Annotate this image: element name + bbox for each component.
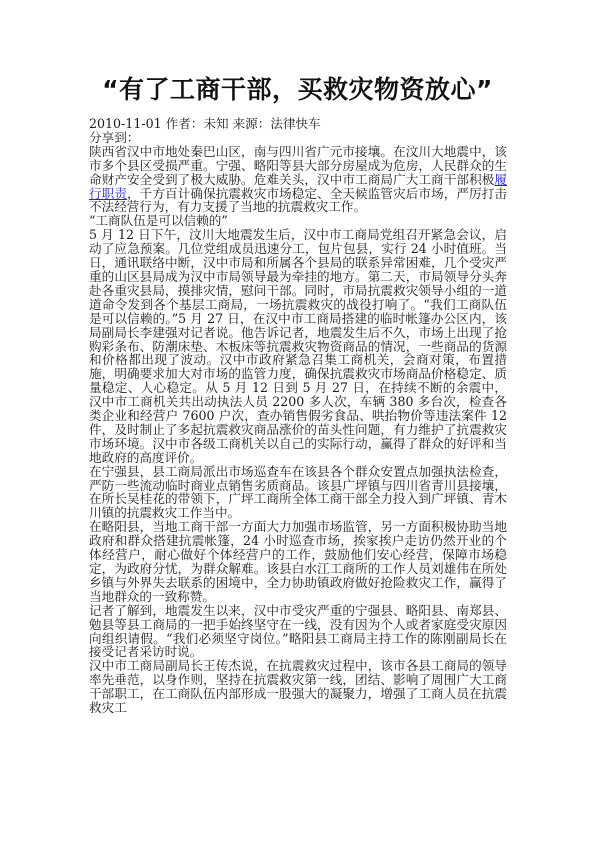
paragraph-2: 5 月 12 日下午，汶川大地震发生后，汉中市工商局党组召开紧急会议，启动了应急… (89, 228, 507, 464)
intro-text-before: 陕西省汉中市地处秦巴山区，南与四川省广元市接壤。在汶川大地震中，该市多个县区受损… (89, 144, 507, 187)
article-body: 2010-11-01 作者：未知 来源：法律快车 分享到： 陕西省汉中市地处秦巴… (89, 117, 507, 715)
paragraph-3: 在宁强县，县工商局派出市场巡查车在该县各个群众安置点加强执法检查，严防一些流动临… (89, 465, 507, 521)
share-label[interactable]: 分享到： (89, 131, 507, 145)
paragraph-intro: 陕西省汉中市地处秦巴山区，南与四川省广元市接壤。在汶川大地震中，该市多个县区受损… (89, 145, 507, 215)
intro-text-after: ，千方百计确保抗震救灾市场稳定、全天候监管灾后市场，严厉打击不法经营行为，有力支… (89, 186, 507, 215)
paragraph-6: 汉中市工商局副局长王传杰说，在抗震救灾过程中，该市各县工商局的领导率先垂范，以身… (89, 659, 507, 715)
subheading: “工商队伍是可以信赖的” (89, 214, 507, 228)
article-meta: 2010-11-01 作者：未知 来源：法律快车 (89, 117, 507, 131)
article-title: “有了工商干部，买救灾物资放心” (0, 70, 595, 106)
paragraph-5: 记者了解到，地震发生以来，汉中市受灾严重的宁强县、略阳县、南郑县、勉县等县工商局… (89, 604, 507, 660)
paragraph-4: 在略阳县，当地工商干部一方面大力加强市场监管，另一方面积极协助当地政府和群众搭建… (89, 520, 507, 603)
